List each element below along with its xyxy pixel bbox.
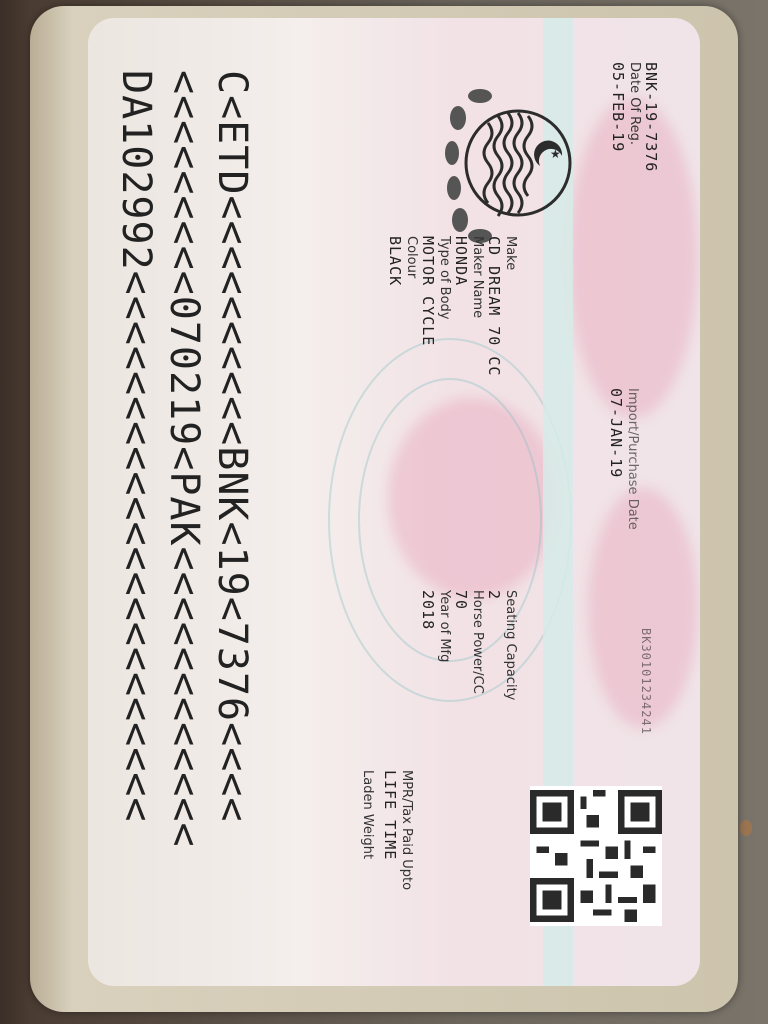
maker-name-label: Maker Name [470, 236, 485, 376]
seating-capacity-label: Seating Capacity [503, 590, 518, 700]
qr-code [530, 786, 662, 926]
horse-power-label: Horse Power/CC [470, 590, 485, 700]
tax-paid-label: MPR/Tax Paid Upto [399, 770, 414, 890]
registration-number: BNK-19-7376 [642, 62, 660, 172]
make-label: Make [503, 236, 518, 376]
svg-text:★: ★ [550, 147, 561, 161]
year-of-mfg-label: Year of Mfg [437, 590, 452, 700]
laden-weight-label: Laden Weight [360, 770, 375, 890]
date-of-reg-label: Date Of Reg. [627, 62, 642, 172]
tax-paid-value: LIFE TIME [381, 770, 399, 890]
maker-name-value: HONDA [452, 236, 470, 376]
registration-card: ★ BNK-19-7376 Date Of Reg. 05-FEB-19 Imp… [88, 18, 700, 986]
import-purchase-date-value: 07-JAN-19 [607, 388, 625, 530]
date-of-reg-value: 05-FEB-19 [609, 62, 627, 172]
import-purchase-date-label: Import/Purchase Date [625, 388, 640, 530]
colour-value: BLACK [386, 236, 404, 376]
mrz-line-1: C<ETD<<<<<<<<<<BNK<19<7376<<<< [208, 70, 256, 848]
colour-label: Colour [404, 236, 419, 376]
government-emblem-icon: ★ [438, 78, 578, 248]
year-of-mfg-value: 2018 [419, 590, 437, 700]
mrz-line-2: <<<<<<<<<070219<PAK<<<<<<<<<<<< [160, 70, 208, 848]
serial-number: BK30101234241 [639, 628, 653, 735]
make-value: CD DREAM 70 CC [485, 236, 503, 376]
type-of-body-value: MOTOR CYCLE [419, 236, 437, 376]
horse-power-value: 70 [452, 590, 470, 700]
mrz-line-3: DA102992<<<<<<<<<<<<<<<<<<<<<< [112, 70, 160, 848]
type-of-body-label: Type of Body [437, 236, 452, 376]
seating-capacity-value: 2 [485, 590, 503, 700]
